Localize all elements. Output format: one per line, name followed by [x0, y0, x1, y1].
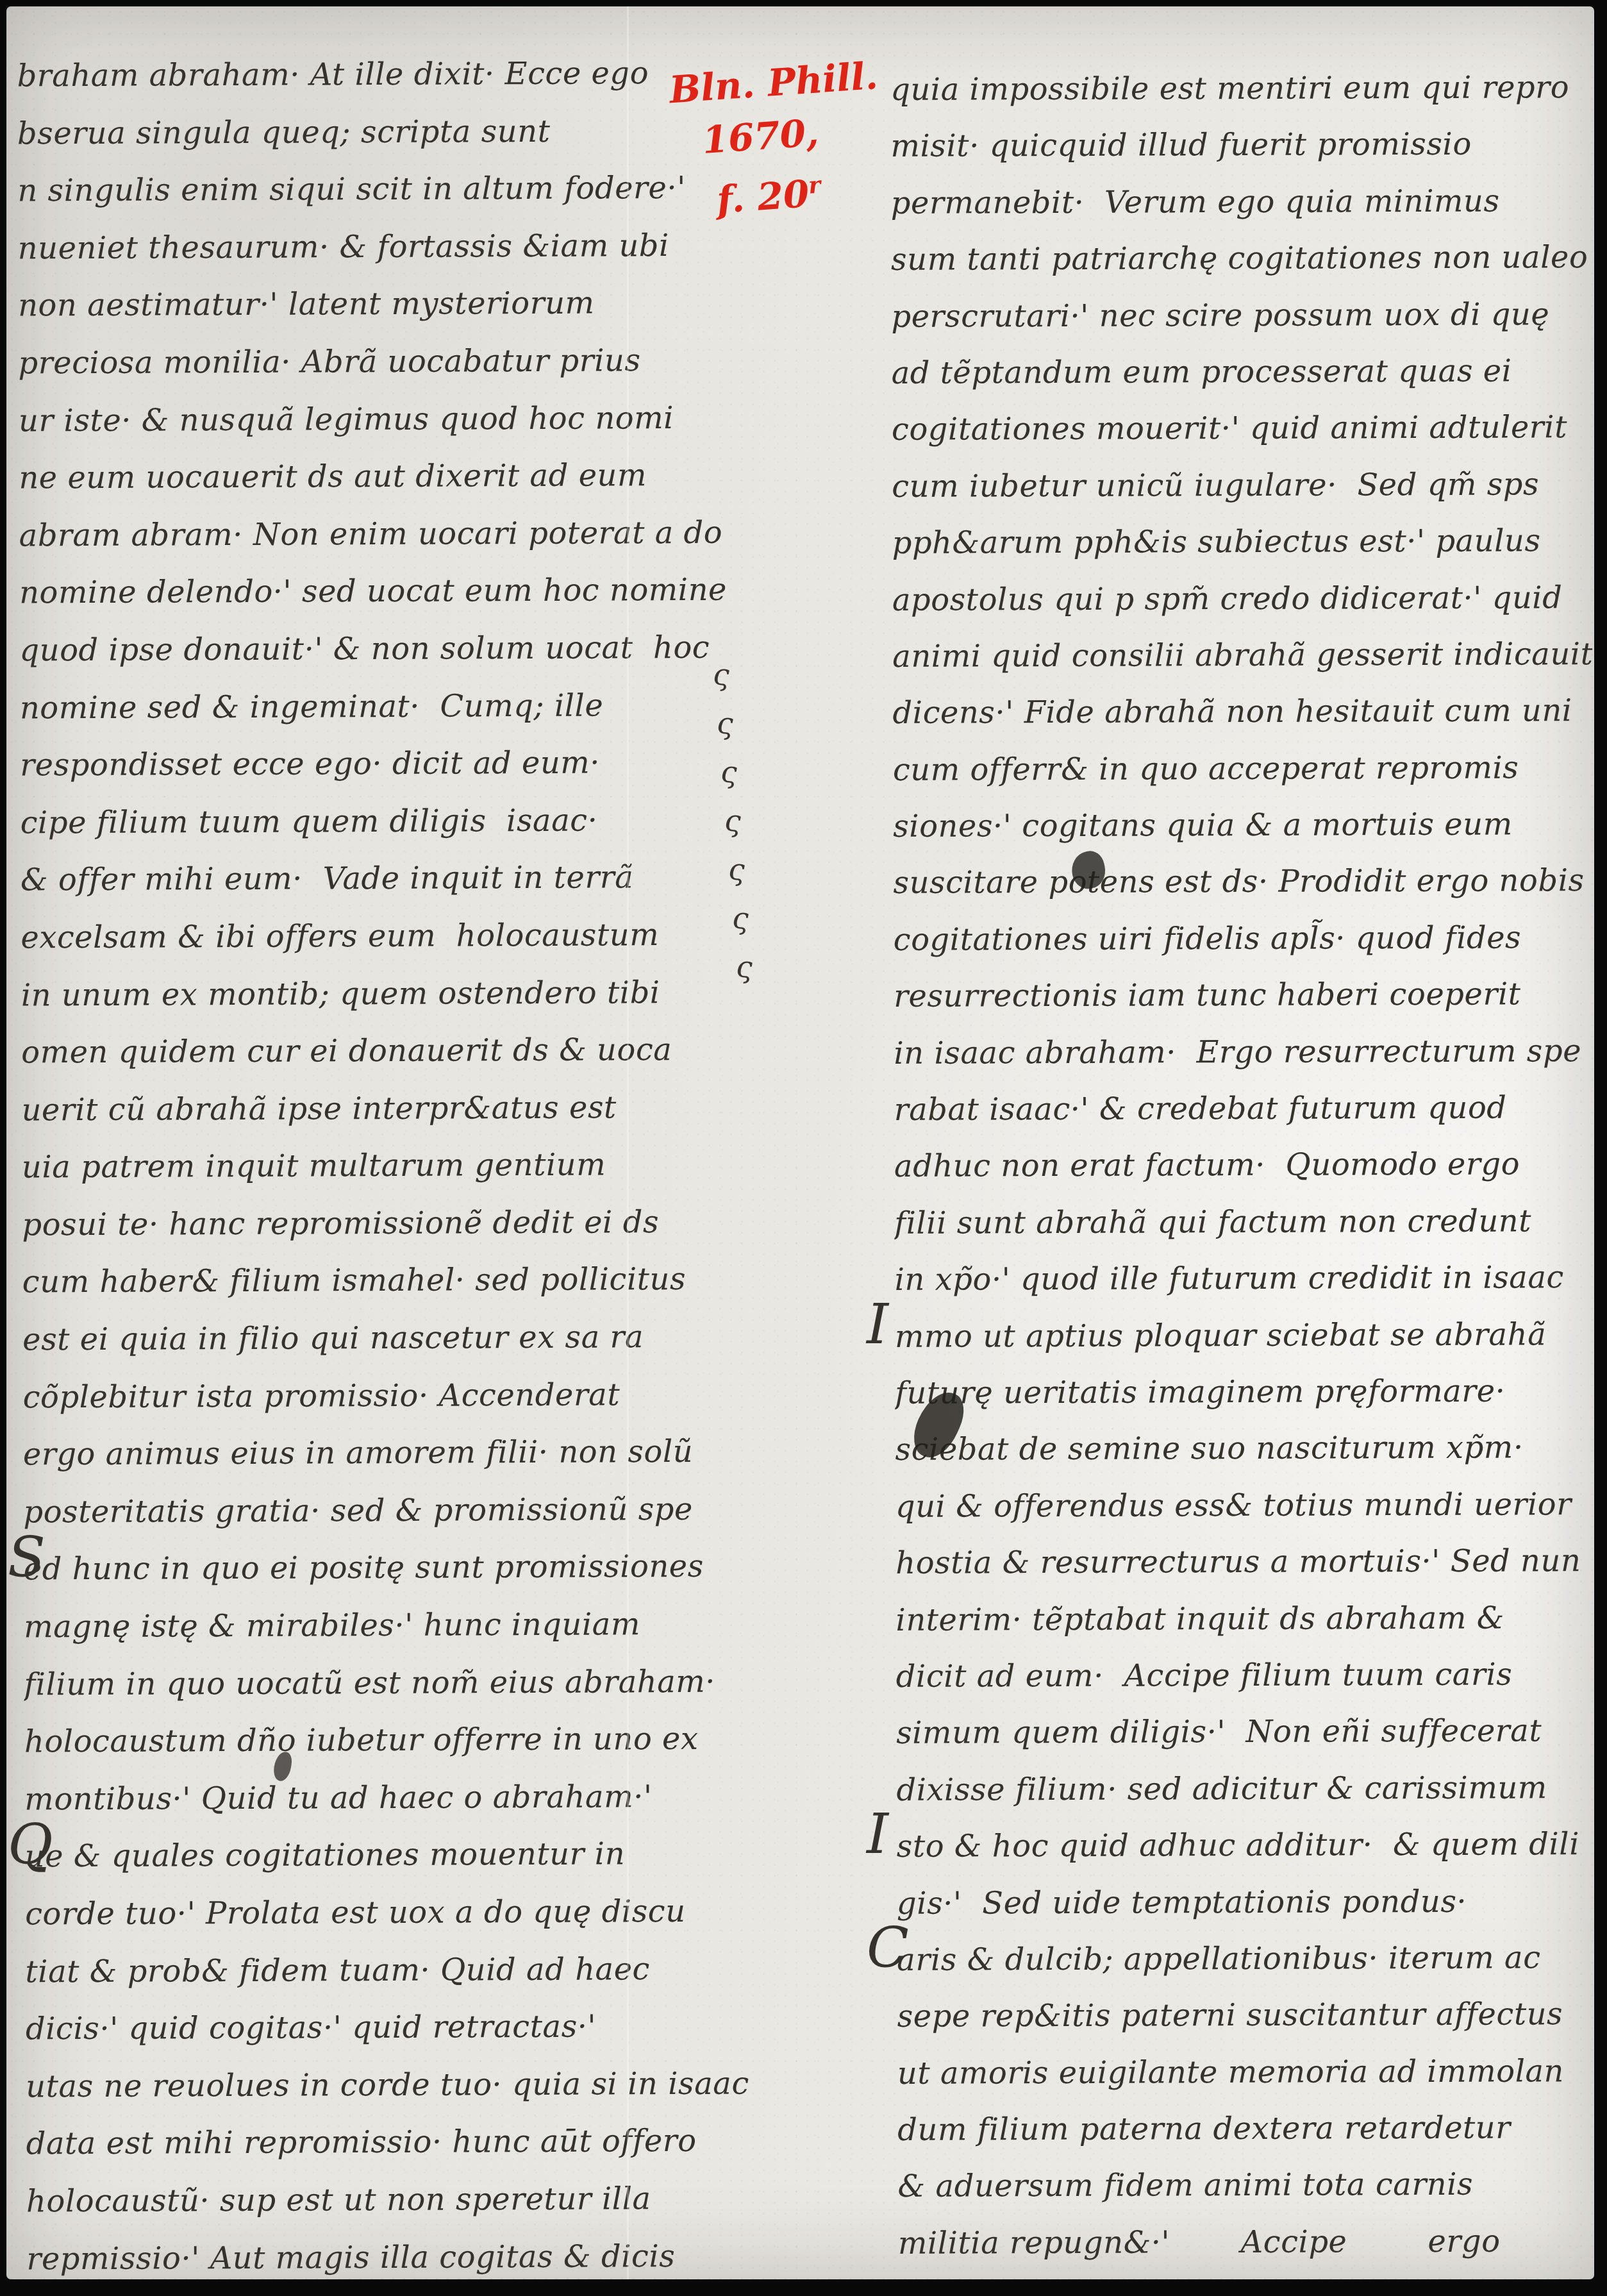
gutter-quote-mark: ς: [732, 901, 749, 935]
text-line: utas ne reuolues in corde tuo· quia si i…: [26, 2055, 749, 2116]
text-line: uerit cũ abrahã ipse interpr&atus est: [21, 1078, 744, 1139]
margin-initial: S: [8, 1530, 46, 1585]
text-line: repmissio·' Aut magis illa cogitas & dic…: [26, 2227, 749, 2288]
text-line: in unum ex montib; quem ostendero tibi: [21, 964, 744, 1025]
text-line: filium in quo uocatũ est nom̃ eius abrah…: [24, 1653, 747, 1714]
text-line: interim· tẽptabat inquit ds abraham &: [895, 1589, 1595, 1648]
text-line: pph&arum pph&is subiectus est·' paulus: [892, 512, 1592, 571]
text-line: sto & hoc quid adhuc additur· & quem dil…: [897, 1816, 1597, 1875]
text-line: militia repugn&·' Accipe ergo: [898, 2213, 1598, 2272]
text-line: ut amoris euigilante memoria ad immolan: [897, 2043, 1597, 2102]
text-line: hostia & resurrecturus a mortuis·' Sed n…: [895, 1532, 1595, 1591]
text-line: gis·' Sed uide temptationis pondus·: [897, 1873, 1597, 1932]
text-line: dicit ad eum· Accipe filium tuum caris: [896, 1646, 1596, 1705]
text-line: in isaac abraham· Ergo resurrecturum spe: [894, 1023, 1594, 1082]
text-line: non aestimatur·' latent mysteriorum: [18, 274, 741, 335]
text-line: & offer mihi eum· Vade inquit in terrã: [21, 849, 744, 910]
text-line: nomine sed & ingeminat· Cumq; ille: [20, 676, 743, 737]
text-line: cipe filium tuum quem diligis isaac·: [20, 791, 743, 852]
text-line: cõplebitur ista promissio· Accenderat: [22, 1366, 745, 1427]
text-line: holocaustum dño iubetur offerre in uno e…: [24, 1711, 747, 1772]
parchment-page: braham abraham· At ille dixit· Ecce egob…: [6, 6, 1594, 2279]
text-line: simum quem diligis·' Non eñi suffecerat: [896, 1702, 1596, 1761]
text-line: animi quid consilii abrahã gesserit indi…: [892, 626, 1592, 685]
text-line: suscitare potens est ds· Prodidit ergo n…: [893, 853, 1593, 912]
text-line: sum tanti patriarchę cogitationes non ua…: [891, 229, 1591, 288]
text-line: ad tẽptandum eum processerat quas ei: [892, 342, 1592, 401]
text-line: & aduersum fidem animi tota carnis: [897, 2156, 1597, 2215]
text-line: cogitationes uiri fidelis apl̃s· quod fi…: [894, 909, 1594, 968]
text-line: dixisse filium· sed adicitur & carissimu…: [896, 1759, 1596, 1818]
shelfmark-folio: f. 20r: [715, 155, 888, 226]
text-line: siones·' cogitans quia & a mortuis eum: [893, 796, 1593, 855]
gutter-quote-mark: ς: [720, 755, 737, 789]
manuscript-scan-page: braham abraham· At ille dixit· Ecce egob…: [0, 0, 1607, 2296]
text-line: nomine delendo·' sed uocat eum hoc nomin…: [19, 562, 742, 623]
text-line: misit· quicquid illud fuerit promissio: [890, 115, 1590, 174]
text-line: dicis·' quid cogitas·' quid retractas·': [26, 1998, 749, 2059]
text-line: omen quidem cur ei donauerit ds & uoca: [21, 1021, 744, 1082]
text-line: filii sunt abrahã qui factum non credunt: [894, 1193, 1594, 1252]
text-line: cum iubetur unicũ iugulare· Sed qm̃ sps: [892, 456, 1592, 515]
text-line: qui & offerendus ess& totius mundi uerio…: [895, 1476, 1595, 1535]
margin-initial: Q: [8, 1817, 53, 1872]
gutter-quote-mark: ς: [724, 803, 741, 838]
gutter-quote-mark: ς: [713, 657, 729, 692]
text-line: uia patrem inquit multarum gentium: [22, 1136, 745, 1197]
text-line: bserua singula queq; scripta sunt: [17, 102, 740, 163]
text-line: montibus·' Quid tu ad haec o abraham·': [24, 1768, 747, 1829]
gutter-quote-mark: ς: [717, 706, 733, 741]
text-line: corde tuo·' Prolata est uox a do quę dis…: [25, 1883, 748, 1944]
text-line: posui te· hanc repromissionẽ dedit ei ds: [22, 1193, 745, 1254]
text-line: respondisset ecce ego· dicit ad eum·: [20, 734, 743, 795]
text-line: est ei quia in filio qui nascetur ex sa …: [22, 1309, 745, 1370]
margin-initial: I: [867, 1297, 888, 1352]
text-line: sciebat de semine suo nasciturum xp̃m·: [895, 1419, 1595, 1478]
text-line: cum haber& filium ismahel· sed pollicitu…: [22, 1251, 745, 1312]
text-line: nueniet thesaurum· & fortassis &iam ubi: [18, 217, 741, 278]
text-line: n singulis enim siqui scit in altum fode…: [17, 160, 740, 221]
text-line: futurę ueritatis imaginem pręformare·: [895, 1362, 1595, 1421]
text-line: dicens·' Fide abrahã non hesitauit cum u…: [892, 682, 1592, 741]
text-line: magnę istę & mirabiles·' hunc inquiam: [24, 1596, 747, 1657]
text-line: aris & dulcib; appellationibus· iterum a…: [897, 1929, 1597, 1988]
text-line: ergo animus eius in amorem filii· non so…: [23, 1423, 746, 1484]
text-line: quia impossibile est mentiri eum qui rep…: [890, 59, 1590, 118]
text-line: adhuc non erat factum· Quomodo ergo: [894, 1136, 1594, 1195]
fold-crease: [627, 6, 629, 2279]
text-line: ue & quales cogitationes mouentur in: [25, 1825, 748, 1886]
text-line: in xp̃o·' quod ille futurum credidit in …: [894, 1249, 1594, 1308]
text-line: cogitationes mouerit·' quid animi adtule…: [892, 399, 1592, 458]
text-line: dum filium paterna dextera retardetur: [897, 2099, 1597, 2158]
gutter-quote-mark: ς: [736, 950, 753, 984]
margin-initial: I: [867, 1807, 888, 1862]
shelfmark-folio-recto: r: [808, 172, 822, 199]
text-line: abram abram· Non enim uocari poterat a d…: [19, 504, 742, 565]
text-line: rabat isaac·' & credebat futurum quod: [894, 1079, 1594, 1138]
gutter-quote-mark: ς: [728, 852, 745, 887]
text-column-left: braham abraham· At ille dixit· Ecce egob…: [17, 45, 749, 2288]
text-line: perscrutari·' nec scire possum uox di qu…: [891, 286, 1591, 345]
text-line: permanebit· Verum ego quia minimus: [891, 172, 1591, 231]
text-line: data est mihi repromissio· hunc aūt offe…: [26, 2113, 749, 2174]
margin-initial: C: [867, 1920, 909, 1975]
text-line: mmo ut aptius ploquar sciebat se abrahã: [895, 1306, 1595, 1365]
text-column-right: quia impossibile est mentiri eum qui rep…: [890, 59, 1598, 2274]
text-line: ne eum uocauerit ds aut dixerit ad eum: [19, 447, 742, 508]
text-line: sepe rep&itis paterni suscitantur affect…: [897, 1986, 1597, 2045]
text-line: apostolus qui p spm̃ credo didicerat·' q…: [892, 569, 1592, 628]
text-line: holocaustũ· sup est ut non speretur illa: [26, 2170, 749, 2231]
text-line: cum offerr& in quo acceperat repromis: [893, 739, 1593, 798]
text-line: quod ipse donauit·' & non solum uocat ho…: [19, 619, 742, 680]
shelfmark-annotation: Bln. Phill. 1670, f. 20r: [667, 49, 887, 229]
text-line: resurrectionis iam tunc haberi coeperit: [894, 966, 1594, 1025]
text-line: ed hunc in quo ei positę sunt promission…: [24, 1538, 747, 1599]
shelfmark-folio-main: f. 20: [715, 172, 810, 222]
text-line: posteritatis gratia· sed & promissionũ s…: [23, 1480, 746, 1541]
text-line: excelsam & ibi offers eum holocaustum: [21, 906, 744, 967]
text-line: tiat & prob& fidem tuam· Quid ad haec: [25, 1940, 748, 2001]
text-line: braham abraham· At ille dixit· Ecce ego: [17, 45, 740, 106]
text-line: preciosa monilia· Abrã uocabatur prius: [18, 332, 741, 393]
text-line: ur iste· & nusquã legimus quod hoc nomi: [19, 389, 742, 450]
